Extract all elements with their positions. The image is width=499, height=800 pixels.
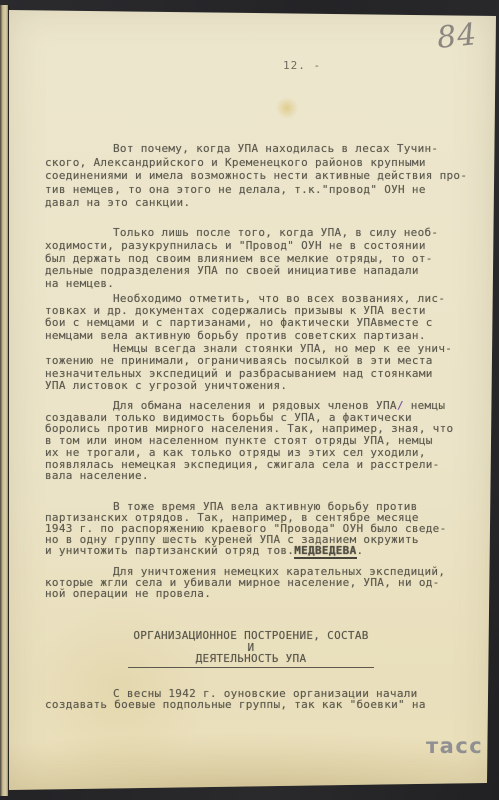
paragraph: Для обмана населения и рядовых членов УП…: [45, 400, 487, 482]
underlined-name: МЕДВЕДЕВА: [294, 544, 356, 559]
paragraph-text: .: [357, 544, 364, 557]
tass-watermark: тасс: [426, 734, 483, 758]
paragraph: С весны 1942 г. оуновские организации на…: [45, 688, 487, 711]
heading-line: ДЕЯТЕЛЬНОСТЬ УПА: [128, 653, 374, 668]
paragraph: Только лишь после того, когда УПА, в сил…: [45, 227, 487, 291]
paragraph: Вот почему, когда УПА находилась в лесах…: [45, 142, 487, 210]
paragraph-text: немцы создавали только видимость борьбы …: [45, 399, 453, 482]
handwritten-page-number: 84: [435, 17, 479, 56]
paragraph: Для уничтожения немецких карательных экс…: [45, 567, 487, 600]
document-page: 84 12. - Вот почему, когда УПА находилас…: [0, 0, 499, 800]
paragraph: Немцы всегда знали стоянки УПА, но мер к…: [45, 343, 487, 393]
photo-background: { "photo": { "handwritten_page_number": …: [0, 0, 499, 800]
paragraph: Необходимо отметить, что во всех возвани…: [45, 293, 487, 342]
underlying-page-edge: [0, 5, 10, 796]
paragraph: В тоже время УПА вела активную борьбу пр…: [45, 502, 487, 557]
section-heading: ОРГАНИЗАЦИОННОЕ ПОСТРОЕНИЕ, СОСТАВ ИДЕЯТ…: [128, 630, 374, 668]
heading-line: ОРГАНИЗАЦИОННОЕ ПОСТРОЕНИЕ, СОСТАВ И: [128, 630, 374, 653]
paragraph-text: В тоже время УПА вела активную борьбу пр…: [45, 500, 447, 557]
typed-page-number: 12. -: [283, 59, 321, 72]
